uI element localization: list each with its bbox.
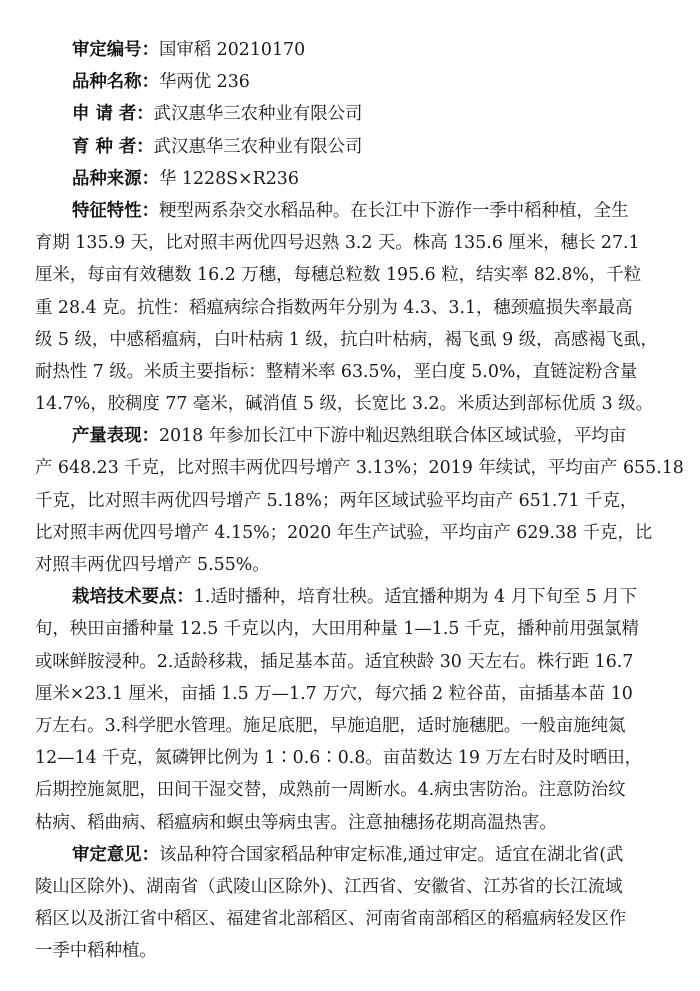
section-text: 2018 年参加长江中下游中籼迟熟组联合体区域试验，平均亩 (159, 426, 626, 446)
section-line: 后期控施氮肥，田间干湿交替，成熟前一周断水。4.病虫害防治。注意防治纹 (35, 774, 669, 806)
section-text: 1.适时播种，培育壮秧。适宜播种期为 4 月下旬至 5 月下 (194, 587, 637, 607)
section-text: 粳型两系杂交水稻品种。在长江中下游作一季中稻种植，全生 (159, 201, 629, 221)
section-line: 产量表现：2018 年参加长江中下游中籼迟熟组联合体区域试验，平均亩 (35, 420, 669, 452)
section-label: 产量表现： (72, 426, 159, 446)
section-line: 审定意见：该品种符合国家稻品种审定标准,通过审定。适宜在湖北省(武 (35, 839, 669, 871)
section-approval-opinion: 审定意见：该品种符合国家稻品种审定标准,通过审定。适宜在湖北省(武 陵山区除外)… (35, 839, 669, 968)
meta-value: 国审稻 20210170 (159, 40, 305, 60)
section-line: 12—14 千克，氮磷钾比例为 1∶0.6∶0.8。亩苗数达 19 万左右时及时… (35, 742, 669, 774)
meta-variety-name: 品种名称：华两优 236 (35, 66, 669, 98)
meta-label: 审定编号： (72, 40, 159, 60)
section-yield: 产量表现：2018 年参加长江中下游中籼迟熟组联合体区域试验，平均亩 产 648… (35, 420, 669, 581)
section-cultivation: 栽培技术要点：1.适时播种，培育壮秧。适宜播种期为 4 月下旬至 5 月下 旬，… (35, 581, 669, 839)
meta-approval-number: 审定编号：国审稻 20210170 (35, 34, 669, 66)
section-line: 一季中稻种植。 (35, 935, 669, 967)
section-label: 特征特性： (72, 201, 159, 221)
meta-label: 品种名称： (72, 72, 159, 92)
meta-value: 华两优 236 (159, 72, 250, 92)
section-line: 旬，秧田亩播种量 12.5 千克以内，大田用种量 1—1.5 千克，播种前用强氯… (35, 613, 669, 645)
meta-label: 育 种 者： (72, 137, 154, 157)
meta-label: 品种来源： (72, 169, 159, 189)
section-line: 重 28.4 克。抗性：稻瘟病综合指数两年分别为 4.3、3.1，穗颈瘟损失率最… (35, 292, 669, 324)
section-line: 稻区以及浙江省中稻区、福建省北部稻区、河南省南部稻区的稻瘟病轻发区作 (35, 903, 669, 935)
section-line: 14.7%，胶稠度 77 毫米，碱消值 5 级，长宽比 3.2。米质达到部标优质… (35, 388, 669, 420)
section-label: 审定意见： (72, 845, 159, 865)
section-line: 万左右。3.科学肥水管理。施足底肥，早施追肥，适时施穗肥。一般亩施纯氮 (35, 710, 669, 742)
document-page: 审定编号：国审稻 20210170 品种名称：华两优 236 申 请 者：武汉惠… (35, 34, 669, 967)
meta-applicant: 申 请 者：武汉惠华三农种业有限公司 (35, 98, 669, 130)
section-text: 该品种符合国家稻品种审定标准,通过审定。适宜在湖北省(武 (159, 845, 623, 865)
section-line: 陵山区除外)、湖南省（武陵山区除外)、江西省、安徽省、江苏省的长江流域 (35, 871, 669, 903)
section-characteristics: 特征特性：粳型两系杂交水稻品种。在长江中下游作一季中稻种植，全生 育期 135.… (35, 195, 669, 420)
section-line: 耐热性 7 级。米质主要指标：整精米率 63.5%，垩白度 5.0%，直链淀粉含… (35, 356, 669, 388)
section-line: 厘米×23.1 厘米，亩插 1.5 万—1.7 万穴，每穴插 2 粒谷苗，亩插基… (35, 678, 669, 710)
section-line: 级 5 级，中感稻瘟病，白叶枯病 1 级，抗白叶枯病，褐飞虱 9 级，高感褐飞虱… (35, 324, 669, 356)
section-line: 育期 135.9 天，比对照丰两优四号迟熟 3.2 天。株高 135.6 厘米，… (35, 227, 669, 259)
section-line: 对照丰两优四号增产 5.55%。 (35, 549, 669, 581)
section-line: 栽培技术要点：1.适时播种，培育壮秧。适宜播种期为 4 月下旬至 5 月下 (35, 581, 669, 613)
meta-value: 武汉惠华三农种业有限公司 (154, 104, 363, 124)
section-line: 千克，比对照丰两优四号增产 5.18%；两年区域试验平均亩产 651.71 千克… (35, 485, 669, 517)
section-line: 或咪鲜胺浸种。2.适龄移栽，插足基本苗。适宜秧龄 30 天左右。株行距 16.7 (35, 646, 669, 678)
section-line: 特征特性：粳型两系杂交水稻品种。在长江中下游作一季中稻种植，全生 (35, 195, 669, 227)
section-line: 比对照丰两优四号增产 4.15%；2020 年生产试验，平均亩产 629.38 … (35, 517, 669, 549)
meta-value: 华 1228S×R236 (159, 169, 299, 189)
section-line: 枯病、稻曲病、稻瘟病和螟虫等病虫害。注意抽穗扬花期高温热害。 (35, 807, 669, 839)
section-label: 栽培技术要点： (72, 587, 194, 607)
section-line: 产 648.23 千克，比对照丰两优四号增产 3.13%；2019 年续试，平均… (35, 452, 669, 484)
section-line: 厘米，每亩有效穗数 16.2 万穗，每穗总粒数 195.6 粒，结实率 82.8… (35, 259, 669, 291)
meta-breeder: 育 种 者：武汉惠华三农种业有限公司 (35, 131, 669, 163)
meta-variety-source: 品种来源：华 1228S×R236 (35, 163, 669, 195)
meta-value: 武汉惠华三农种业有限公司 (154, 137, 363, 157)
meta-label: 申 请 者： (72, 104, 154, 124)
